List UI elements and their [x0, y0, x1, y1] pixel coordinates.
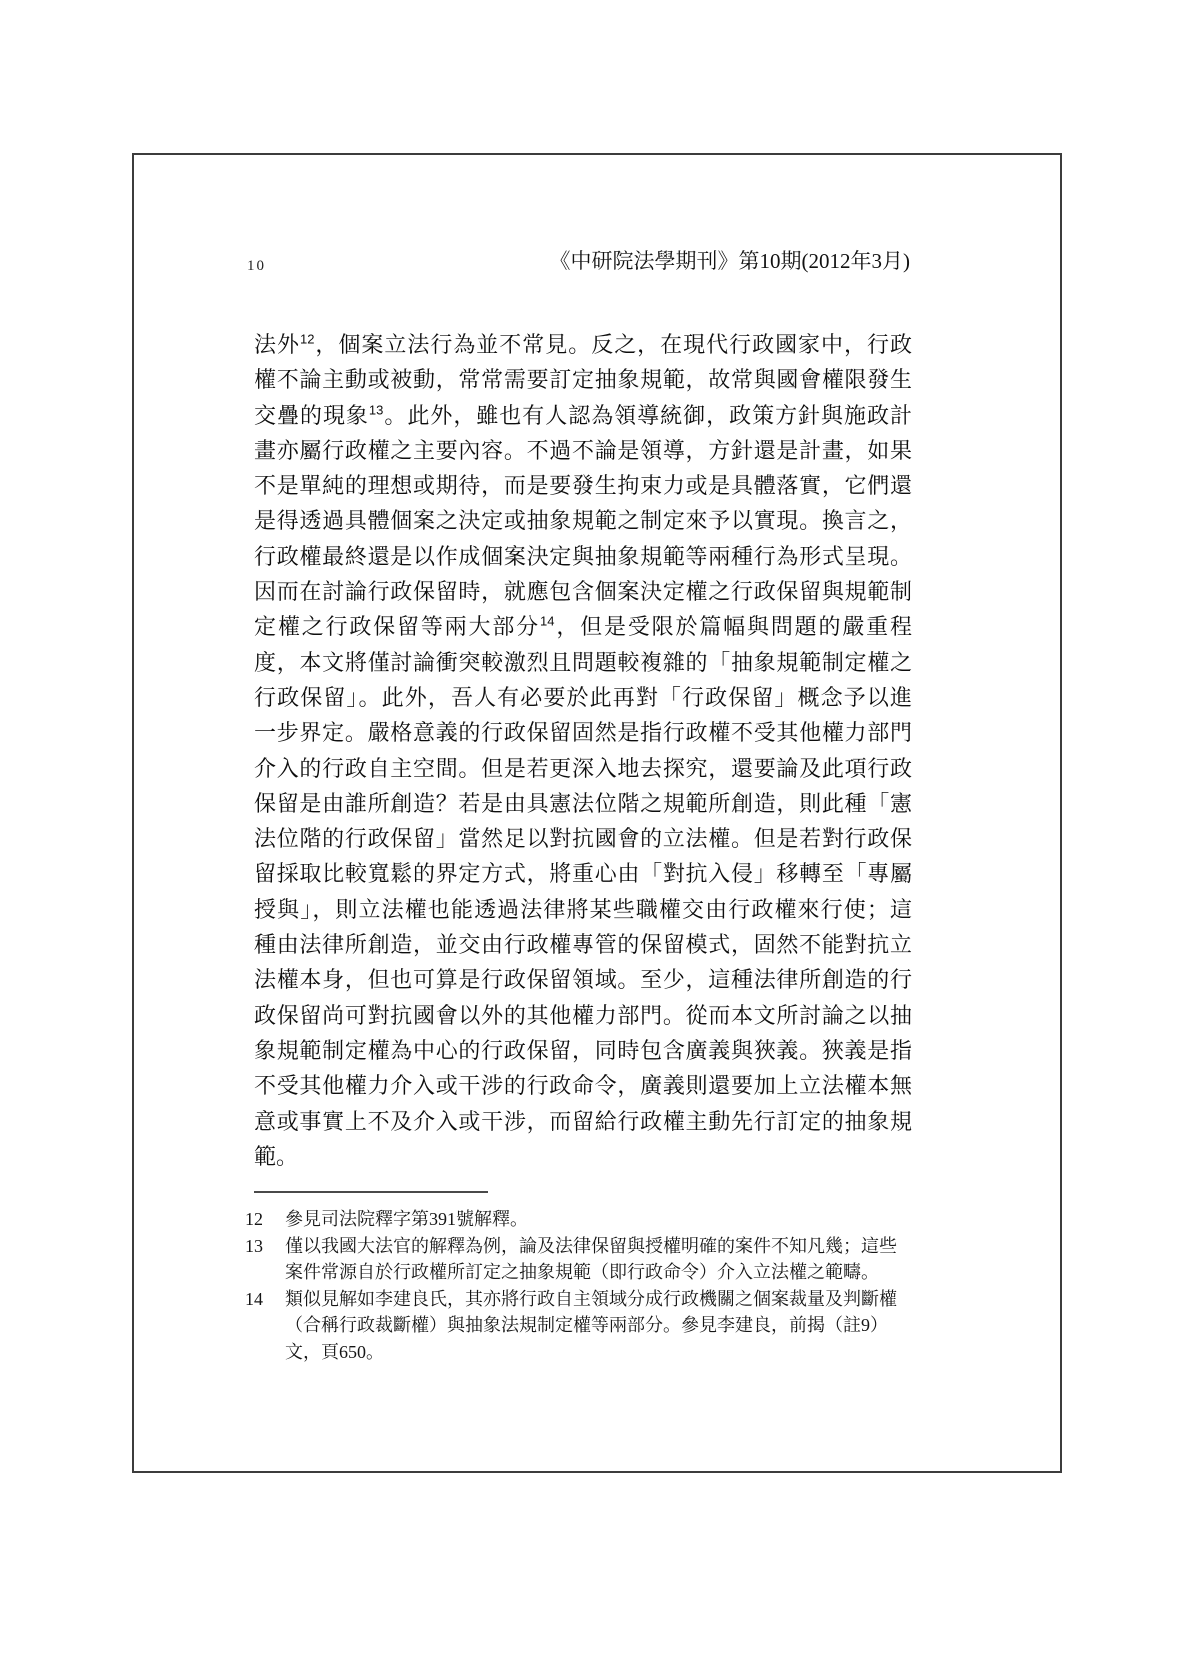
body-line: 行政保留」。此外，吾人有必要於此再對「行政保留」概念予以進 [254, 680, 912, 715]
footnote-number: 14 [245, 1286, 285, 1366]
page-header: 10 《中研院法學期刊》第10期(2012年3月) [247, 245, 910, 275]
body-line: 意或事實上不及介入或干涉，而留給行政權主動先行訂定的抽象規 [254, 1104, 912, 1139]
body-line: 交疊的現象13。此外，雖也有人認為領導統御，政策方針與施政計 [254, 398, 912, 433]
body-line: 法外12，個案立法行為並不常見。反之，在現代行政國家中，行政 [254, 327, 912, 362]
body-line: 留採取比較寬鬆的界定方式，將重心由「對抗入侵」移轉至「專屬 [254, 856, 912, 891]
footnote-separator [254, 1191, 488, 1193]
document-page: 10 《中研院法學期刊》第10期(2012年3月) 法外12，個案立法行為並不常… [0, 0, 1177, 1664]
footnote-number: 13 [245, 1233, 285, 1286]
footnote-ref: 12 [300, 332, 314, 347]
journal-title: 《中研院法學期刊》第10期(2012年3月) [550, 245, 911, 275]
footnote-ref: 14 [540, 614, 554, 629]
footnote-line: 參見司法院釋字第391號解釋。 [285, 1206, 917, 1233]
body-line: 範。 [254, 1139, 912, 1174]
body-line: 一步界定。嚴格意義的行政保留固然是指行政權不受其他權力部門 [254, 715, 912, 750]
body-line: 象規範制定權為中心的行政保留，同時包含廣義與狹義。狹義是指 [254, 1033, 912, 1068]
body-line: 法權本身，但也可算是行政保留領域。至少，這種法律所創造的行 [254, 962, 912, 997]
footnote-line: 文，頁650。 [285, 1339, 917, 1366]
footnote: 12參見司法院釋字第391號解釋。 [245, 1206, 917, 1233]
body-line: 度，本文將僅討論衝突較激烈且問題較複雜的「抽象規範制定權之 [254, 645, 912, 680]
body-line: 介入的行政自主空間。但是若更深入地去探究，還要論及此項行政 [254, 751, 912, 786]
page-number: 10 [247, 258, 266, 275]
footnote: 13僅以我國大法官的解釋為例，論及法律保留與授權明確的案件不知凡幾；這些案件常源… [245, 1233, 917, 1286]
body-line: 是得透過具體個案之決定或抽象規範之制定來予以實現。換言之， [254, 503, 912, 538]
body-line: 權不論主動或被動，常常需要訂定抽象規範，故常與國會權限發生 [254, 362, 912, 397]
footnote-text: 參見司法院釋字第391號解釋。 [285, 1206, 917, 1233]
body-line: 法位階的行政保留」當然足以對抗國會的立法權。但是若對行政保 [254, 821, 912, 856]
body-line: 種由法律所創造，並交由行政權專管的保留模式，固然不能對抗立 [254, 927, 912, 962]
body-line: 保留是由誰所創造？若是由具憲法位階之規範所創造，則此種「憲 [254, 786, 912, 821]
body-line: 政保留尚可對抗國會以外的其他權力部門。從而本文所討論之以抽 [254, 998, 912, 1033]
footnote-number: 12 [245, 1206, 285, 1233]
body-line: 不是單純的理想或期待，而是要發生拘束力或是具體落實，它們還 [254, 468, 912, 503]
body-line: 不受其他權力介入或干涉的行政命令，廣義則還要加上立法權本無 [254, 1068, 912, 1103]
footnote-text: 僅以我國大法官的解釋為例，論及法律保留與授權明確的案件不知凡幾；這些案件常源自於… [285, 1233, 917, 1286]
footnote-text: 類似見解如李建良氏，其亦將行政自主領域分成行政機關之個案裁量及判斷權（合稱行政裁… [285, 1286, 917, 1366]
footnote: 14類似見解如李建良氏，其亦將行政自主領域分成行政機關之個案裁量及判斷權（合稱行… [245, 1286, 917, 1366]
footnote-ref: 13 [369, 402, 383, 417]
body-line: 畫亦屬行政權之主要內容。不過不論是領導，方針還是計畫，如果 [254, 433, 912, 468]
body-line: 授與」，則立法權也能透過法律將某些職權交由行政權來行使；這 [254, 892, 912, 927]
footnote-line: 僅以我國大法官的解釋為例，論及法律保留與授權明確的案件不知凡幾；這些 [285, 1233, 917, 1260]
footnotes-section: 12參見司法院釋字第391號解釋。13僅以我國大法官的解釋為例，論及法律保留與授… [245, 1206, 917, 1366]
body-line: 行政權最終還是以作成個案決定與抽象規範等兩種行為形式呈現。 [254, 539, 912, 574]
footnote-line: （合稱行政裁斷權）與抽象法規制定權等兩部分。參見李建良，前揭（註9） [285, 1312, 917, 1339]
footnote-line: 案件常源自於行政權所訂定之抽象規範（即行政命令）介入立法權之範疇。 [285, 1259, 917, 1286]
body-line: 定權之行政保留等兩大部分14，但是受限於篇幅與問題的嚴重程 [254, 609, 912, 644]
page-frame: 10 《中研院法學期刊》第10期(2012年3月) 法外12，個案立法行為並不常… [132, 153, 1062, 1473]
body-line: 因而在討論行政保留時，就應包含個案決定權之行政保留與規範制 [254, 574, 912, 609]
body-paragraph: 法外12，個案立法行為並不常見。反之，在現代行政國家中，行政權不論主動或被動，常… [254, 327, 912, 1174]
footnote-line: 類似見解如李建良氏，其亦將行政自主領域分成行政機關之個案裁量及判斷權 [285, 1286, 917, 1313]
